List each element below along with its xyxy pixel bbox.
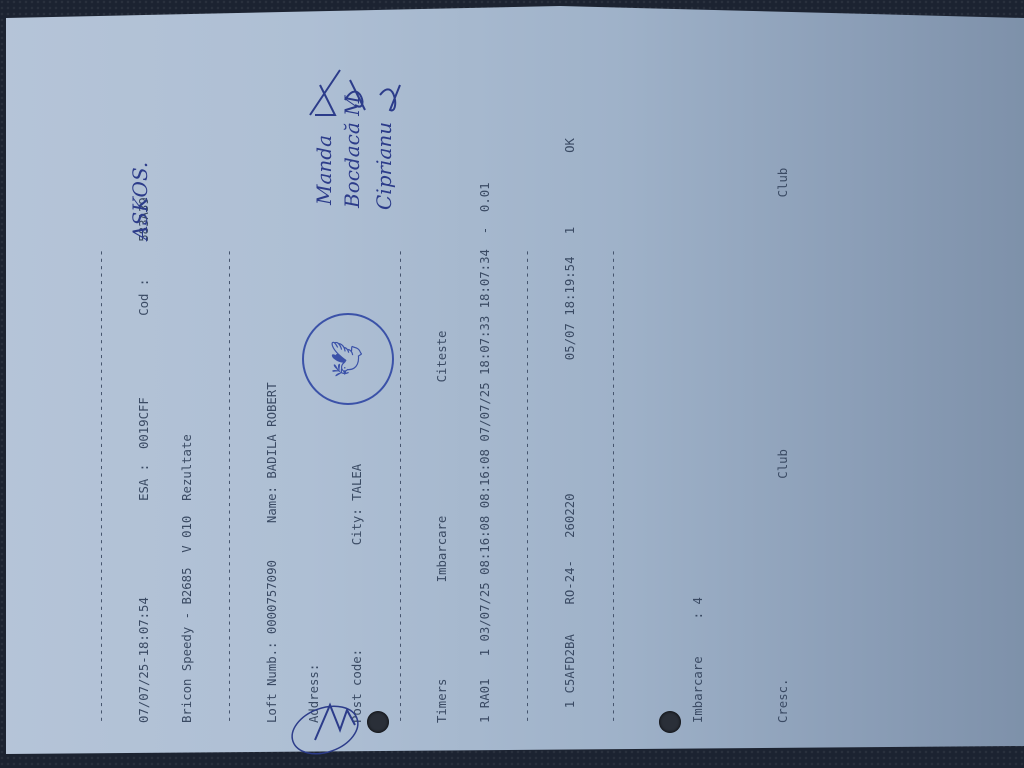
timers-header: Timers Imbarcare Citeste — [435, 138, 449, 723]
handwritten-name-1: Manda — [312, 135, 336, 205]
divider: ----------------------------------------… — [520, 138, 534, 723]
report-title: Rezultate — [180, 434, 194, 501]
handwritten-note: ASKOS. — [128, 162, 152, 240]
cresc-signature — [285, 690, 375, 760]
read-date: 07/07/25 — [478, 382, 492, 441]
time-difference: 0.01 — [478, 182, 492, 212]
divider: ----------------------------------------… — [606, 138, 620, 723]
timer-row: 1 RA01 1 03/07/25 08:16:08 08:16:08 07/0… — [478, 138, 492, 723]
address-line: Address: — [307, 138, 321, 723]
separator: - — [478, 227, 492, 234]
divider: ----------------------------------------… — [222, 138, 236, 723]
print-datetime: 07/07/25-18:07:54 — [137, 597, 151, 723]
city-value: TALEA — [350, 464, 364, 501]
divider: ----------------------------------------… — [393, 138, 407, 723]
timers-label: Timers — [435, 679, 449, 723]
owner-name: BADILA ROBERT — [265, 382, 279, 478]
pigeon-icon: 🕊 — [333, 340, 363, 378]
arrival-time: 18:19:54 — [563, 257, 577, 316]
city-label: City: — [350, 508, 364, 545]
result-no: 1 — [563, 701, 577, 708]
summary-line: Imbarcare : 4 — [691, 138, 705, 723]
club-stamp: 🕊 — [302, 313, 394, 405]
result-count: 1 — [563, 227, 577, 234]
esa-label: ESA : — [137, 464, 151, 501]
citeste-header: Citeste — [435, 331, 449, 383]
timer-index: 1 — [478, 649, 492, 656]
name-label: Name: — [265, 486, 279, 523]
chip-id: C5AFD2BA — [563, 634, 577, 693]
imbarcare-header: Imbarcare — [435, 516, 449, 583]
firmware-version: V 010 — [180, 516, 194, 553]
signature-scribbles — [300, 55, 420, 135]
punch-hole — [659, 711, 681, 733]
receipt-printout: ----------------------------------------… — [66, 138, 819, 723]
basket-date: 03/07/25 — [478, 582, 492, 641]
postcode-line: Post code: City: TALEA — [350, 138, 364, 723]
basket-time-2: 08:16:08 — [478, 449, 492, 508]
signature-line: Cresc. Club Club — [776, 138, 790, 723]
result-row: 1 C5AFD2BA RO-24- 260220 05/07 18:19:54 … — [563, 138, 577, 723]
club-label-1: Club — [776, 449, 790, 479]
basket-time: 08:16:08 — [478, 516, 492, 575]
imbarcare-summary-label: Imbarcare — [691, 656, 705, 723]
divider: ----------------------------------------… — [94, 138, 108, 723]
cresc-label: Cresc. — [776, 679, 790, 723]
read-time-2: 18:07:34 — [478, 249, 492, 308]
ring-prefix: RO-24- — [563, 560, 577, 604]
cod-label: Cod : — [137, 279, 151, 316]
arrival-date: 05/07 — [563, 323, 577, 360]
handwritten-name-3: Ciprianu — [372, 122, 396, 210]
device-name: Bricon Speedy - B2685 — [180, 568, 194, 723]
result-status: OK — [563, 138, 577, 153]
loft-label: Loft Numb.: — [265, 642, 279, 723]
esa-value: 0019CFF — [137, 397, 151, 449]
loft-line: Loft Numb.: 0000757090 Name: BADILA ROBE… — [265, 138, 279, 723]
rotated-document: ----------------------------------------… — [0, 28, 1024, 768]
punch-hole — [367, 711, 389, 733]
ring-number: 260220 — [563, 493, 577, 537]
header-line-2: Bricon Speedy - B2685 V 010 Rezultate — [180, 138, 194, 723]
timer-id: 1 RA01 — [478, 679, 492, 723]
loft-number: 0000757090 — [265, 560, 279, 634]
imbarcare-summary-value: : 4 — [691, 597, 705, 619]
club-label-2: Club — [776, 168, 790, 198]
read-time: 18:07:33 — [478, 316, 492, 375]
